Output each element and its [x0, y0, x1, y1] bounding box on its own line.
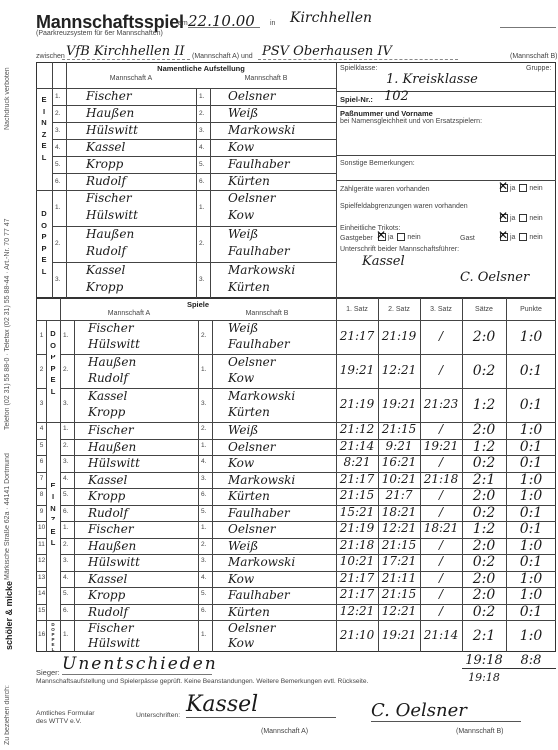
- game-number: 7: [38, 475, 45, 482]
- game-s3[interactable]: /: [420, 505, 462, 519]
- game-position-b: 4.: [201, 574, 206, 581]
- margin-source: Zu beziehen durch:: [4, 650, 16, 745]
- doppel-number-a: 1.: [55, 204, 60, 211]
- rule-line: [336, 155, 556, 156]
- game-position-a: 2.: [63, 366, 68, 373]
- checkbox-ja[interactable]: [500, 214, 508, 222]
- pass-heading: Paßnummer und Vorname: [340, 109, 433, 118]
- game-position-a: 1.: [63, 425, 68, 432]
- doppel-player-a2[interactable]: Rudolf: [86, 244, 126, 258]
- game-player-b2[interactable]: Kow: [228, 636, 254, 650]
- checkbox-nein[interactable]: [519, 214, 527, 222]
- game-saetze[interactable]: 2:0: [462, 587, 506, 603]
- gast-label: Gast: [460, 235, 475, 242]
- game-number: 10: [38, 524, 45, 531]
- game-number: 14: [38, 590, 45, 597]
- letter-gap: [47, 537, 60, 539]
- margin-address: Märkische Straße 62a · 44141 Dortmund: [4, 440, 16, 580]
- lineup-number-a: 2.: [55, 110, 60, 117]
- lineup-player-a[interactable]: Haußen: [86, 106, 134, 120]
- game-player-a[interactable]: Hülswitt: [88, 555, 140, 569]
- game-punkte[interactable]: 0:1: [506, 604, 556, 620]
- lineup-player-b[interactable]: Oelsner: [228, 89, 276, 103]
- game-s3[interactable]: /: [420, 488, 462, 502]
- game-player-a1[interactable]: Haußen: [88, 355, 136, 369]
- lineup-number-b: 6.: [199, 178, 204, 185]
- game-punkte[interactable]: 0:1: [506, 505, 556, 521]
- game-player-b2[interactable]: Kow: [228, 371, 254, 385]
- doppel-number-b: 1.: [199, 204, 204, 211]
- doppel-player-b2[interactable]: Kürten: [228, 280, 270, 294]
- game-player-a2[interactable]: Rudolf: [88, 371, 128, 385]
- game-s3[interactable]: /: [420, 422, 462, 436]
- letter-gap: [47, 387, 60, 389]
- game-saetze[interactable]: 0:2: [462, 455, 506, 471]
- game-s3[interactable]: /: [420, 363, 462, 377]
- margin-publisher: schöler & micke: [4, 580, 16, 650]
- place-label: in: [270, 20, 275, 27]
- rule-line: [36, 190, 336, 191]
- place-field[interactable]: Kirchhellen: [286, 10, 556, 28]
- game-s2[interactable]: 16:21: [378, 455, 420, 469]
- game-position-b: 1.: [201, 442, 206, 449]
- letter-gap: [47, 487, 60, 489]
- lineup-player-a[interactable]: Hülswitt: [86, 123, 138, 137]
- game-number: 5: [38, 442, 45, 449]
- games-header-s1: 1. Satz: [336, 306, 378, 313]
- games-heading: Spiele: [60, 300, 336, 309]
- letter-gap: [47, 438, 60, 440]
- game-player-b[interactable]: Weiß: [228, 539, 258, 553]
- game-s3[interactable]: /: [420, 455, 462, 469]
- game-player-a1[interactable]: Kassel: [88, 389, 127, 403]
- game-s3[interactable]: /: [420, 587, 462, 601]
- sieger-label: Sieger:: [36, 668, 60, 677]
- team-a-field[interactable]: VfB Kirchhellen II: [62, 44, 190, 60]
- game-punkte[interactable]: 1:0: [506, 538, 556, 554]
- game-player-a[interactable]: Fischer: [88, 522, 134, 536]
- game-punkte[interactable]: 0:1: [506, 439, 556, 455]
- game-player-a2[interactable]: Hülswitt: [88, 636, 140, 650]
- game-player-b1[interactable]: Weiß: [228, 321, 258, 335]
- games-header-punkte: Punkte: [506, 306, 556, 313]
- rule-line: [74, 320, 75, 652]
- game-s1[interactable]: 12:21: [336, 604, 378, 618]
- game-saetze[interactable]: 0:2: [462, 554, 506, 570]
- game-position-b: 2.: [201, 541, 206, 548]
- check-notice: Mannschaftsaufstellung und Spielerpässe …: [36, 678, 368, 685]
- trikots-label: Einheitliche Trikots:: [340, 225, 400, 232]
- game-player-b[interactable]: Oelsner: [228, 440, 276, 454]
- date-label: am: [178, 20, 188, 27]
- game-punkte[interactable]: 1:0: [506, 628, 556, 644]
- game-s1[interactable]: 21:19: [336, 397, 378, 411]
- game-punkte[interactable]: 1:0: [506, 587, 556, 603]
- game-s2[interactable]: 10:21: [378, 472, 420, 486]
- game-position-b: 2.: [201, 425, 206, 432]
- game-position-b: 3.: [201, 400, 206, 407]
- checkbox-nein[interactable]: [519, 184, 527, 192]
- game-position-b: 1.: [201, 366, 206, 373]
- game-s2[interactable]: 9:21: [378, 439, 420, 453]
- game-player-b[interactable]: Weiß: [228, 423, 258, 437]
- game-number: 15: [38, 607, 45, 614]
- lineup-number-a: 4.: [55, 144, 60, 151]
- game-position-a: 3.: [63, 458, 68, 465]
- doppel-player-b1[interactable]: Weiß: [228, 227, 258, 241]
- game-player-a2[interactable]: Hülswitt: [88, 337, 140, 351]
- checkbox-nein[interactable]: [397, 233, 405, 241]
- einzel-label: EINZEL: [37, 94, 51, 163]
- letter-gap: [47, 504, 60, 506]
- signature-team-b[interactable]: C. Oelsner: [371, 700, 521, 722]
- game-punkte[interactable]: 0:1: [506, 397, 556, 413]
- letter-gap: [47, 570, 60, 572]
- letter-gap: [47, 586, 60, 588]
- lineup-col-b: Mannschaft B: [196, 75, 336, 82]
- game-player-b[interactable]: Kürten: [228, 489, 270, 503]
- spielklasse-value[interactable]: 1. Kreisklasse: [386, 72, 478, 87]
- games-col-a: Mannschaft A: [60, 310, 198, 317]
- game-position-a: 1.: [63, 332, 68, 339]
- game-number: 1: [38, 332, 45, 339]
- game-player-b[interactable]: Faulhaber: [228, 506, 290, 520]
- doppel-player-a2[interactable]: Kropp: [86, 280, 123, 294]
- game-punkte[interactable]: 1:0: [506, 571, 556, 587]
- game-player-b[interactable]: Markowski: [228, 555, 295, 569]
- game-s1[interactable]: 21:17: [336, 571, 378, 585]
- game-player-b[interactable]: Kow: [228, 572, 254, 586]
- rule-line: [336, 106, 556, 107]
- game-punkte[interactable]: 1:0: [506, 329, 556, 345]
- game-s2[interactable]: 12:21: [378, 604, 420, 618]
- game-position-b: 3.: [201, 475, 206, 482]
- game-s2[interactable]: 17:21: [378, 554, 420, 568]
- letter-gap: [47, 471, 60, 473]
- letter-gap: [47, 454, 60, 456]
- game-s1[interactable]: 8:21: [336, 455, 378, 469]
- letter-gap: [47, 553, 60, 555]
- rule-line: [210, 88, 211, 298]
- total-saetze[interactable]: 19:18: [462, 653, 506, 669]
- lineup-player-a[interactable]: Rudolf: [86, 174, 126, 188]
- lineup-player-a[interactable]: Kassel: [86, 140, 125, 154]
- game-player-b1[interactable]: Oelsner: [228, 355, 276, 369]
- game-s3[interactable]: 18:21: [420, 521, 462, 535]
- gast-options[interactable]: ja nein: [498, 233, 543, 241]
- zaehlgeraete-options[interactable]: ja nein: [498, 184, 543, 192]
- unterschrift-label: Unterschrift beider Mannschaftsführer:: [340, 246, 459, 253]
- checkbox-nein[interactable]: [519, 233, 527, 241]
- rule-line: [336, 180, 556, 181]
- game-s3[interactable]: /: [420, 329, 462, 343]
- team-b-signature-label: (Mannschaft B): [456, 728, 503, 735]
- lineup-number-b: 1.: [199, 93, 204, 100]
- signature-team-a[interactable]: Kassel: [186, 692, 336, 718]
- game-position-a: 1.: [63, 524, 68, 531]
- game-s1[interactable]: 21:15: [336, 488, 378, 502]
- game-player-a[interactable]: Rudolf: [88, 506, 128, 520]
- game-player-b[interactable]: Kow: [228, 456, 254, 470]
- game-s1[interactable]: 19:21: [336, 363, 378, 377]
- game-s2[interactable]: 21:15: [378, 538, 420, 552]
- lineup-player-b[interactable]: Weiß: [228, 106, 258, 120]
- team-a-signature-label: (Mannschaft A): [261, 728, 308, 735]
- lineup-heading: Namentliche Aufstellung: [66, 64, 336, 73]
- doppel-number-a: 3.: [55, 276, 60, 283]
- spielklasse-label: Spielklasse:: [340, 65, 377, 72]
- game-s1[interactable]: 21:12: [336, 422, 378, 436]
- game-s2[interactable]: 21:15: [378, 587, 420, 601]
- game-s2[interactable]: 21:19: [378, 329, 420, 343]
- game-s3[interactable]: /: [420, 554, 462, 568]
- official-form-label: Amtliches Formular des WTTV e.V.: [36, 710, 96, 726]
- game-s2[interactable]: 19:21: [378, 628, 420, 642]
- game-player-b[interactable]: Faulhaber: [228, 588, 290, 602]
- rule-line: [60, 298, 61, 320]
- team-a-label: (Mannschaft A) und: [192, 53, 253, 60]
- game-saetze[interactable]: 0:2: [462, 363, 506, 379]
- game-s1[interactable]: 10:21: [336, 554, 378, 568]
- game-s2[interactable]: 19:21: [378, 397, 420, 411]
- place-rule: [500, 27, 556, 28]
- game-s3[interactable]: 21:14: [420, 628, 462, 642]
- game-player-a[interactable]: Kassel: [88, 473, 127, 487]
- game-position-b: 4.: [201, 458, 206, 465]
- letter-gap: [47, 520, 60, 522]
- game-punkte[interactable]: 1:0: [506, 472, 556, 488]
- game-position-a: 2.: [63, 541, 68, 548]
- lineup-player-b[interactable]: Markowski: [228, 123, 295, 137]
- lineup-number-a: 1.: [55, 93, 60, 100]
- game-punkte[interactable]: 0:1: [506, 455, 556, 471]
- lineup-player-a[interactable]: Fischer: [86, 89, 132, 103]
- game-s3[interactable]: /: [420, 604, 462, 618]
- game-s2[interactable]: 18:21: [378, 505, 420, 519]
- signatures-label: Unterschriften:: [136, 712, 180, 719]
- game-player-b2[interactable]: Faulhaber: [228, 337, 290, 351]
- game-position-b: 1.: [201, 524, 206, 531]
- lineup-number-b: 4.: [199, 144, 204, 151]
- game-punkte[interactable]: 1:0: [506, 422, 556, 438]
- game-player-a2[interactable]: Kropp: [88, 405, 125, 419]
- game-punkte[interactable]: 0:1: [506, 363, 556, 379]
- game-number: 3: [38, 400, 45, 407]
- game-saetze[interactable]: 2:1: [462, 472, 506, 488]
- signature-captain-b[interactable]: C. Oelsner: [460, 270, 529, 285]
- gastgeber-label: Gastgeber: [340, 235, 373, 242]
- game-s1[interactable]: 21:18: [336, 538, 378, 552]
- spielfeld-label: Spielfeldabgrenzungen waren vorhanden: [340, 203, 468, 210]
- game-number: 11: [38, 541, 45, 548]
- game-s3[interactable]: /: [420, 571, 462, 585]
- game-position-a: 2.: [63, 442, 68, 449]
- game-s2[interactable]: 12:21: [378, 363, 420, 377]
- letter-gap: [47, 353, 60, 355]
- game-s1[interactable]: 15:21: [336, 505, 378, 519]
- rule-line: [336, 91, 556, 92]
- game-s1[interactable]: 21:14: [336, 439, 378, 453]
- game-player-a[interactable]: Kropp: [88, 489, 125, 503]
- game-saetze[interactable]: 2:0: [462, 538, 506, 554]
- doppel-player-a1[interactable]: Fischer: [86, 191, 132, 205]
- bemerkungen-label: Sonstige Bemerkungen:: [340, 160, 415, 167]
- game-saetze[interactable]: 2:0: [462, 488, 506, 504]
- game-saetze[interactable]: 2:1: [462, 628, 506, 644]
- game-number: 2: [38, 366, 45, 373]
- game-punkte[interactable]: 1:0: [506, 488, 556, 504]
- game-s2[interactable]: 21:7: [378, 488, 420, 502]
- form-subtitle: (Paarkreuzsystem für 6er Mannschaften): [36, 30, 163, 37]
- game-s2[interactable]: 12:21: [378, 521, 420, 535]
- game-saetze[interactable]: 2:0: [462, 571, 506, 587]
- game-player-b[interactable]: Markowski: [228, 473, 295, 487]
- doppel-player-a1[interactable]: Kassel: [86, 263, 125, 277]
- game-player-a[interactable]: Rudolf: [88, 605, 128, 619]
- game-player-b[interactable]: Oelsner: [228, 522, 276, 536]
- lineup-player-a[interactable]: Kropp: [86, 157, 123, 171]
- game-position-b: 6.: [201, 491, 206, 498]
- game-s3[interactable]: /: [420, 538, 462, 552]
- game-position-a: 5.: [63, 491, 68, 498]
- gastgeber-options[interactable]: ja nein: [376, 233, 421, 241]
- doppel-player-b2[interactable]: Kow: [228, 208, 254, 222]
- games-header-s2: 2. Satz: [378, 306, 420, 313]
- game-position-a: 4.: [63, 574, 68, 581]
- game-saetze[interactable]: 2:0: [462, 422, 506, 438]
- game-player-a[interactable]: Kassel: [88, 572, 127, 586]
- game-saetze[interactable]: 0:2: [462, 604, 506, 620]
- margin-contact: Telefon (02 31) 55 88-0 · Telefax (02 31…: [4, 130, 16, 430]
- game-saetze[interactable]: 2:0: [462, 329, 506, 345]
- doppel-player-b2[interactable]: Faulhaber: [228, 244, 290, 258]
- game-player-a1[interactable]: Fischer: [88, 621, 134, 635]
- game-position-a: 4.: [63, 475, 68, 482]
- game-saetze[interactable]: 1:2: [462, 397, 506, 413]
- lineup-player-b[interactable]: Faulhaber: [228, 157, 290, 171]
- game-s1[interactable]: 21:17: [336, 587, 378, 601]
- spielnr-value[interactable]: 102: [384, 89, 409, 104]
- doppel-player-b1[interactable]: Oelsner: [228, 191, 276, 205]
- doppel-number-a: 2.: [55, 240, 60, 247]
- game-s1[interactable]: 21:17: [336, 329, 378, 343]
- lineup-number-b: 2.: [199, 110, 204, 117]
- game-player-a[interactable]: Hülswitt: [88, 456, 140, 470]
- rule-line: [198, 320, 199, 652]
- checkbox-ja[interactable]: [500, 233, 508, 241]
- games-header-saetze: Sätze: [462, 306, 506, 313]
- lineup-number-b: 5.: [199, 161, 204, 168]
- doppel-player-a1[interactable]: Haußen: [86, 227, 134, 241]
- doppel-number-b: 3.: [199, 276, 204, 283]
- game-player-b[interactable]: Kürten: [228, 605, 270, 619]
- doppel-label: DOPPEL: [37, 208, 51, 277]
- game-position-a: 5.: [63, 590, 68, 597]
- rule-line: [60, 320, 61, 652]
- checkbox-ja[interactable]: [500, 184, 508, 192]
- doppel-number-b: 2.: [199, 240, 204, 247]
- game-number: 12: [38, 557, 45, 564]
- game-position-a: 6.: [63, 607, 68, 614]
- rule-line: [196, 88, 197, 298]
- total-punkte[interactable]: 8:8: [506, 653, 556, 669]
- games-col-b: Mannschaft B: [198, 310, 336, 317]
- game-player-a1[interactable]: Fischer: [88, 321, 134, 335]
- spielnr-label: Spiel-Nr.:: [340, 95, 373, 104]
- team-b-field[interactable]: PSV Oberhausen IV: [258, 44, 458, 60]
- game-saetze[interactable]: 1:2: [462, 439, 506, 455]
- signature-captain-a[interactable]: Kassel: [362, 254, 405, 269]
- lineup-number-b: 3.: [199, 127, 204, 134]
- doppel-player-a2[interactable]: Hülswitt: [86, 208, 138, 222]
- game-number: 8: [38, 491, 45, 498]
- game-position-a: 1.: [63, 631, 68, 638]
- game-punkte[interactable]: 0:1: [506, 521, 556, 537]
- lineup-number-a: 3.: [55, 127, 60, 134]
- lineup-player-b[interactable]: Kow: [228, 140, 254, 154]
- game-position-a: 6.: [63, 508, 68, 515]
- rule-line: [36, 88, 336, 89]
- game-position-b: 3.: [201, 557, 206, 564]
- game-saetze[interactable]: 0:2: [462, 505, 506, 521]
- game-saetze[interactable]: 1:2: [462, 521, 506, 537]
- checkbox-ja[interactable]: [378, 233, 386, 241]
- game-punkte[interactable]: 0:1: [506, 554, 556, 570]
- game-player-a[interactable]: Haußen: [88, 539, 136, 553]
- doppel-player-b1[interactable]: Markowski: [228, 263, 295, 277]
- game-s1[interactable]: 21:10: [336, 628, 378, 642]
- lineup-col-a: Mannschaft A: [66, 75, 196, 82]
- zaehlgeraete-label: Zählgeräte waren vorhanden: [340, 186, 430, 193]
- game-s2[interactable]: 21:15: [378, 422, 420, 436]
- game-position-b: 2.: [201, 332, 206, 339]
- game-player-a[interactable]: Fischer: [88, 423, 134, 437]
- game-s2[interactable]: 21:11: [378, 571, 420, 585]
- game-s1[interactable]: 21:17: [336, 472, 378, 486]
- game-player-a[interactable]: Haußen: [88, 440, 136, 454]
- game-s3[interactable]: 21:18: [420, 472, 462, 486]
- game-player-b2[interactable]: Kürten: [228, 405, 270, 419]
- date-field[interactable]: 22.10.00: [188, 12, 260, 28]
- game-position-b: 5.: [201, 508, 206, 515]
- spielfeld-options[interactable]: ja nein: [498, 214, 543, 222]
- game-position-a: 3.: [63, 557, 68, 564]
- game-position-b: 6.: [201, 607, 206, 614]
- sieger-value[interactable]: Unentschieden: [62, 654, 212, 675]
- lineup-player-b[interactable]: Kürten: [228, 174, 270, 188]
- game-player-b1[interactable]: Oelsner: [228, 621, 276, 635]
- game-player-a[interactable]: Kropp: [88, 588, 125, 602]
- gruppe-label: Gruppe:: [526, 65, 551, 72]
- game-player-b1[interactable]: Markowski: [228, 389, 295, 403]
- rule-line: [212, 320, 213, 652]
- between-label: zwischen: [36, 53, 65, 60]
- games-header-s3: 3. Satz: [420, 306, 462, 313]
- margin-copyright: Nachdruck verboten: [4, 40, 16, 130]
- game-number: 4: [38, 425, 45, 432]
- game-number: 16: [38, 631, 45, 638]
- game-position-a: 3.: [63, 400, 68, 407]
- game-number: 9: [38, 508, 45, 515]
- lineup-number-a: 6.: [55, 178, 60, 185]
- pass-sub: bei Namensgleichheit und von Ersatzspiel…: [340, 118, 482, 125]
- total-saetze-correction: 19:18: [462, 671, 506, 684]
- game-s3[interactable]: 19:21: [420, 439, 462, 453]
- game-s3[interactable]: 21:23: [420, 397, 462, 411]
- game-position-b: 1.: [201, 631, 206, 638]
- game-s1[interactable]: 21:19: [336, 521, 378, 535]
- game-position-b: 5.: [201, 590, 206, 597]
